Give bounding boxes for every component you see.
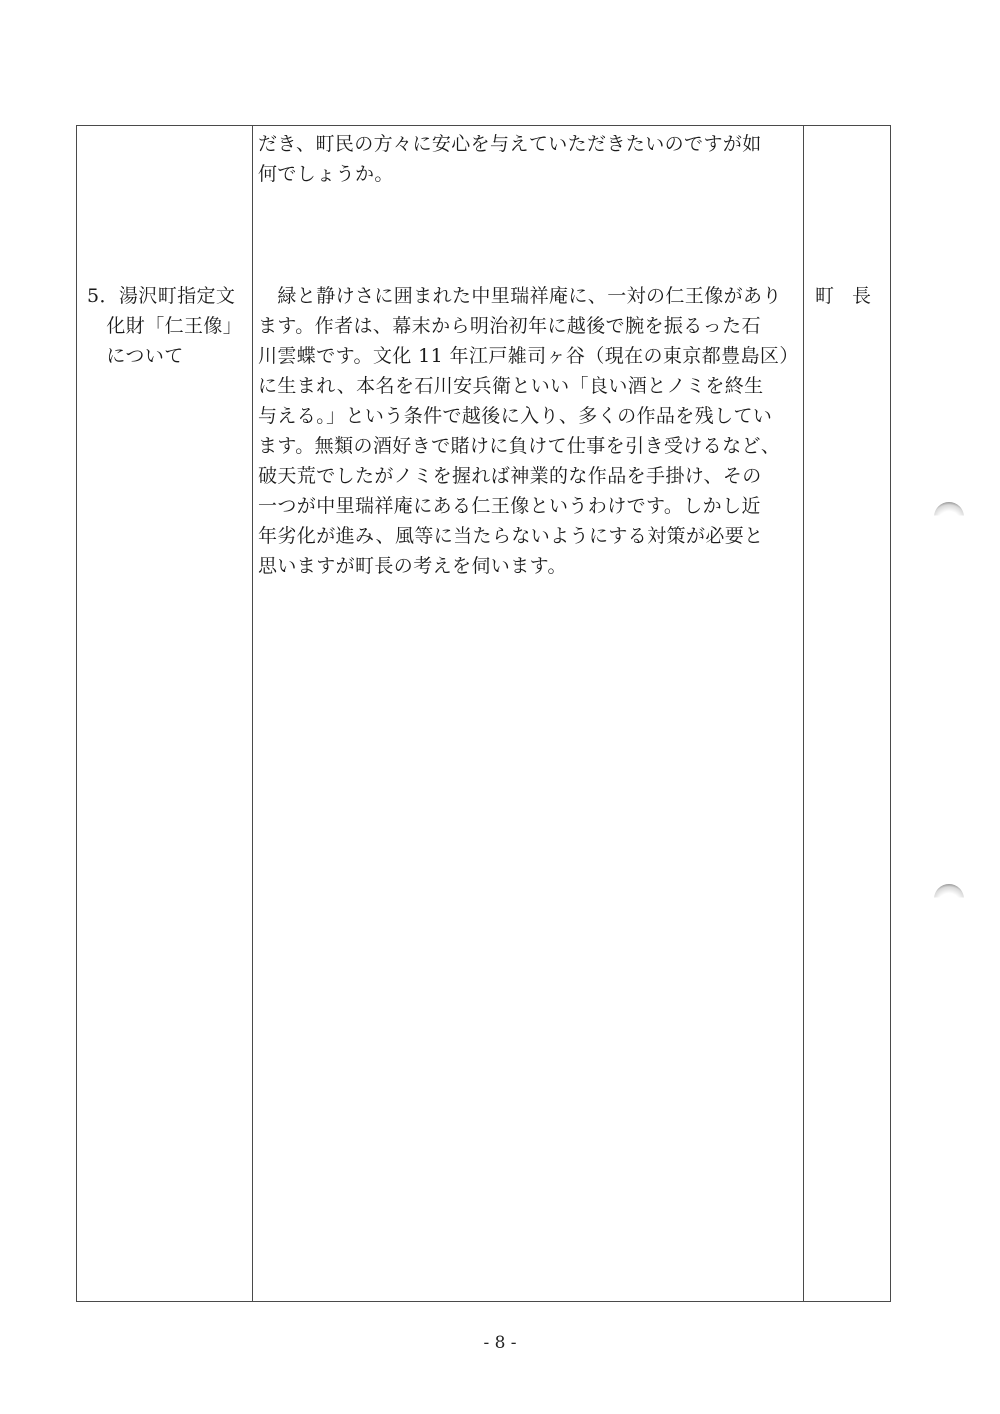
text-line: 年劣化が進み、風等に当たらないようにする対策が必要と [258,521,799,551]
text-line: ます。無類の酒好きで賭けに負けて仕事を引き受けるなど、 [258,431,799,461]
punch-hole-mark [934,884,964,914]
text-line: 破天荒でしたがノミを握れば神業的な作品を手掛け、その [258,461,799,491]
topic-line: 化財「仁王像」 [87,311,242,341]
text-line: 与える。」という条件で越後に入り、多くの作品を残してい [258,401,799,431]
text-line: ます。作者は、幕末から明治初年に越後で腕を振るった石 [258,311,799,341]
topic-line: について [87,341,242,371]
text-line: 思いますが町長の考えを伺います。 [258,551,799,581]
continuation-text: だき、町民の方々に安心を与えていただきたいのですが如 何でしょうか。 [258,129,762,189]
column-divider-topic [252,126,253,1301]
text-line: だき、町民の方々に安心を与えていただきたいのですが如 [258,129,762,159]
topic-line: 5．湯沢町指定文 [87,281,242,311]
text-line: 川雲蝶です。文化 11 年江戸雑司ヶ谷（現在の東京都豊島区） [258,341,799,371]
text-line: 何でしょうか。 [258,159,762,189]
text-line: 一つが中里瑞祥庵にある仁王像というわけです。しかし近 [258,491,799,521]
text-line: 緑と静けさに囲まれた中里瑞祥庵に、一対の仁王像があり [258,281,799,311]
question-body: 緑と静けさに囲まれた中里瑞祥庵に、一対の仁王像があり ます。作者は、幕末から明治… [258,281,799,581]
respondent: 町長 [815,281,889,311]
text-line: に生まれ、本名を石川安兵衛といい「良い酒とノミを終生 [258,371,799,401]
page-number: - 8 - [0,1333,1000,1353]
punch-hole-mark [934,502,964,532]
column-divider-respondent [803,126,804,1301]
question-topic: 5．湯沢町指定文 化財「仁王像」 について [87,281,242,371]
question-table: だき、町民の方々に安心を与えていただきたいのですが如 何でしょうか。 5．湯沢町… [76,125,891,1302]
